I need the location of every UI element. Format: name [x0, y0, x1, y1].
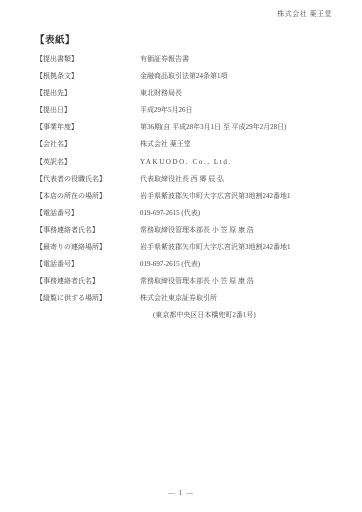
table-row: 【会社名】株式会社 薬王堂 [36, 140, 346, 157]
cover-table: 【提出書類】有価証券報告書【根拠条文】金融商品取引法第24条第1項【提出先】東北… [36, 55, 346, 329]
table-row: 【本店の所在の場所】岩手県紫波郡矢巾町大字広宮沢第3地割242番地1 [36, 192, 346, 209]
table-row: 【最寄りの連絡場所】岩手県紫波郡矢巾町大字広宮沢第3地割242番地1 [36, 243, 346, 260]
row-label: 【提出日】 [36, 106, 140, 115]
row-value: 平成29年5月26日 [140, 106, 346, 115]
row-label: 【電話番号】 [36, 209, 140, 218]
row-value: 常務取締役管理本部長 小 笠 原 康 浩 [140, 226, 346, 235]
table-row: 【提出書類】有価証券報告書 [36, 55, 346, 72]
table-row: (東京都中央区日本橋兜町2番1号) [36, 311, 346, 328]
row-value: YAKUODO. Co., Ltd. [140, 158, 346, 167]
row-label: 【会社名】 [36, 140, 140, 149]
page-title: 【表紙】 [35, 32, 75, 46]
row-label: 【提出先】 [36, 89, 140, 98]
row-label: 【最寄りの連絡場所】 [36, 243, 140, 252]
row-value: 岩手県紫波郡矢巾町大字広宮沢第3地割242番地1 [140, 192, 346, 201]
header-company-name: 株式会社 薬王堂 [277, 9, 332, 19]
row-label: 【事業年度】 [36, 123, 140, 132]
table-row: 【根拠条文】金融商品取引法第24条第1項 [36, 72, 346, 89]
row-value: 019-697-2615 (代表) [140, 260, 346, 269]
row-label: 【事務連絡者氏名】 [36, 226, 140, 235]
row-value: 株式会社 薬王堂 [140, 140, 346, 149]
table-row: 【代表者の役職氏名】代表取締役社長 西 郷 辰 弘 [36, 175, 346, 192]
row-value: 金融商品取引法第24条第1項 [140, 72, 346, 81]
row-value: 有価証券報告書 [140, 55, 346, 64]
row-value: 常務取締役管理本部長 小 笠 原 康 浩 [140, 277, 346, 286]
row-value: (東京都中央区日本橋兜町2番1号) [140, 311, 346, 320]
row-label: 【本店の所在の場所】 [36, 192, 140, 201]
row-label: 【縦覧に供する場所】 [36, 294, 140, 303]
row-value: 東北財務局長 [140, 89, 346, 98]
table-row: 【提出先】東北財務局長 [36, 89, 346, 106]
row-label: 【提出書類】 [36, 55, 140, 64]
row-value: 019-697-2615 (代表) [140, 209, 346, 218]
row-label: 【電話番号】 [36, 260, 140, 269]
table-row: 【縦覧に供する場所】株式会社東京証券取引所 [36, 294, 346, 311]
row-label: 【代表者の役職氏名】 [36, 175, 140, 184]
table-row: 【事務連絡者氏名】常務取締役管理本部長 小 笠 原 康 浩 [36, 277, 346, 294]
table-row: 【電話番号】019-697-2615 (代表) [36, 209, 346, 226]
row-value: 第36期(自 平成28年3月1日 至 平成29年2月28日) [140, 123, 346, 132]
row-label: 【事務連絡者氏名】 [36, 277, 140, 286]
row-value: 代表取締役社長 西 郷 辰 弘 [140, 175, 346, 184]
table-row: 【事業年度】第36期(自 平成28年3月1日 至 平成29年2月28日) [36, 123, 346, 140]
page-number: ― 1 ― [0, 489, 362, 497]
table-row: 【事務連絡者氏名】常務取締役管理本部長 小 笠 原 康 浩 [36, 226, 346, 243]
row-label: 【根拠条文】 [36, 72, 140, 81]
table-row: 【英訳名】YAKUODO. Co., Ltd. [36, 158, 346, 175]
row-value: 岩手県紫波郡矢巾町大字広宮沢第3地割242番地1 [140, 243, 346, 252]
table-row: 【提出日】平成29年5月26日 [36, 106, 346, 123]
table-row: 【電話番号】019-697-2615 (代表) [36, 260, 346, 277]
row-label: 【英訳名】 [36, 158, 140, 167]
row-value: 株式会社東京証券取引所 [140, 294, 346, 303]
